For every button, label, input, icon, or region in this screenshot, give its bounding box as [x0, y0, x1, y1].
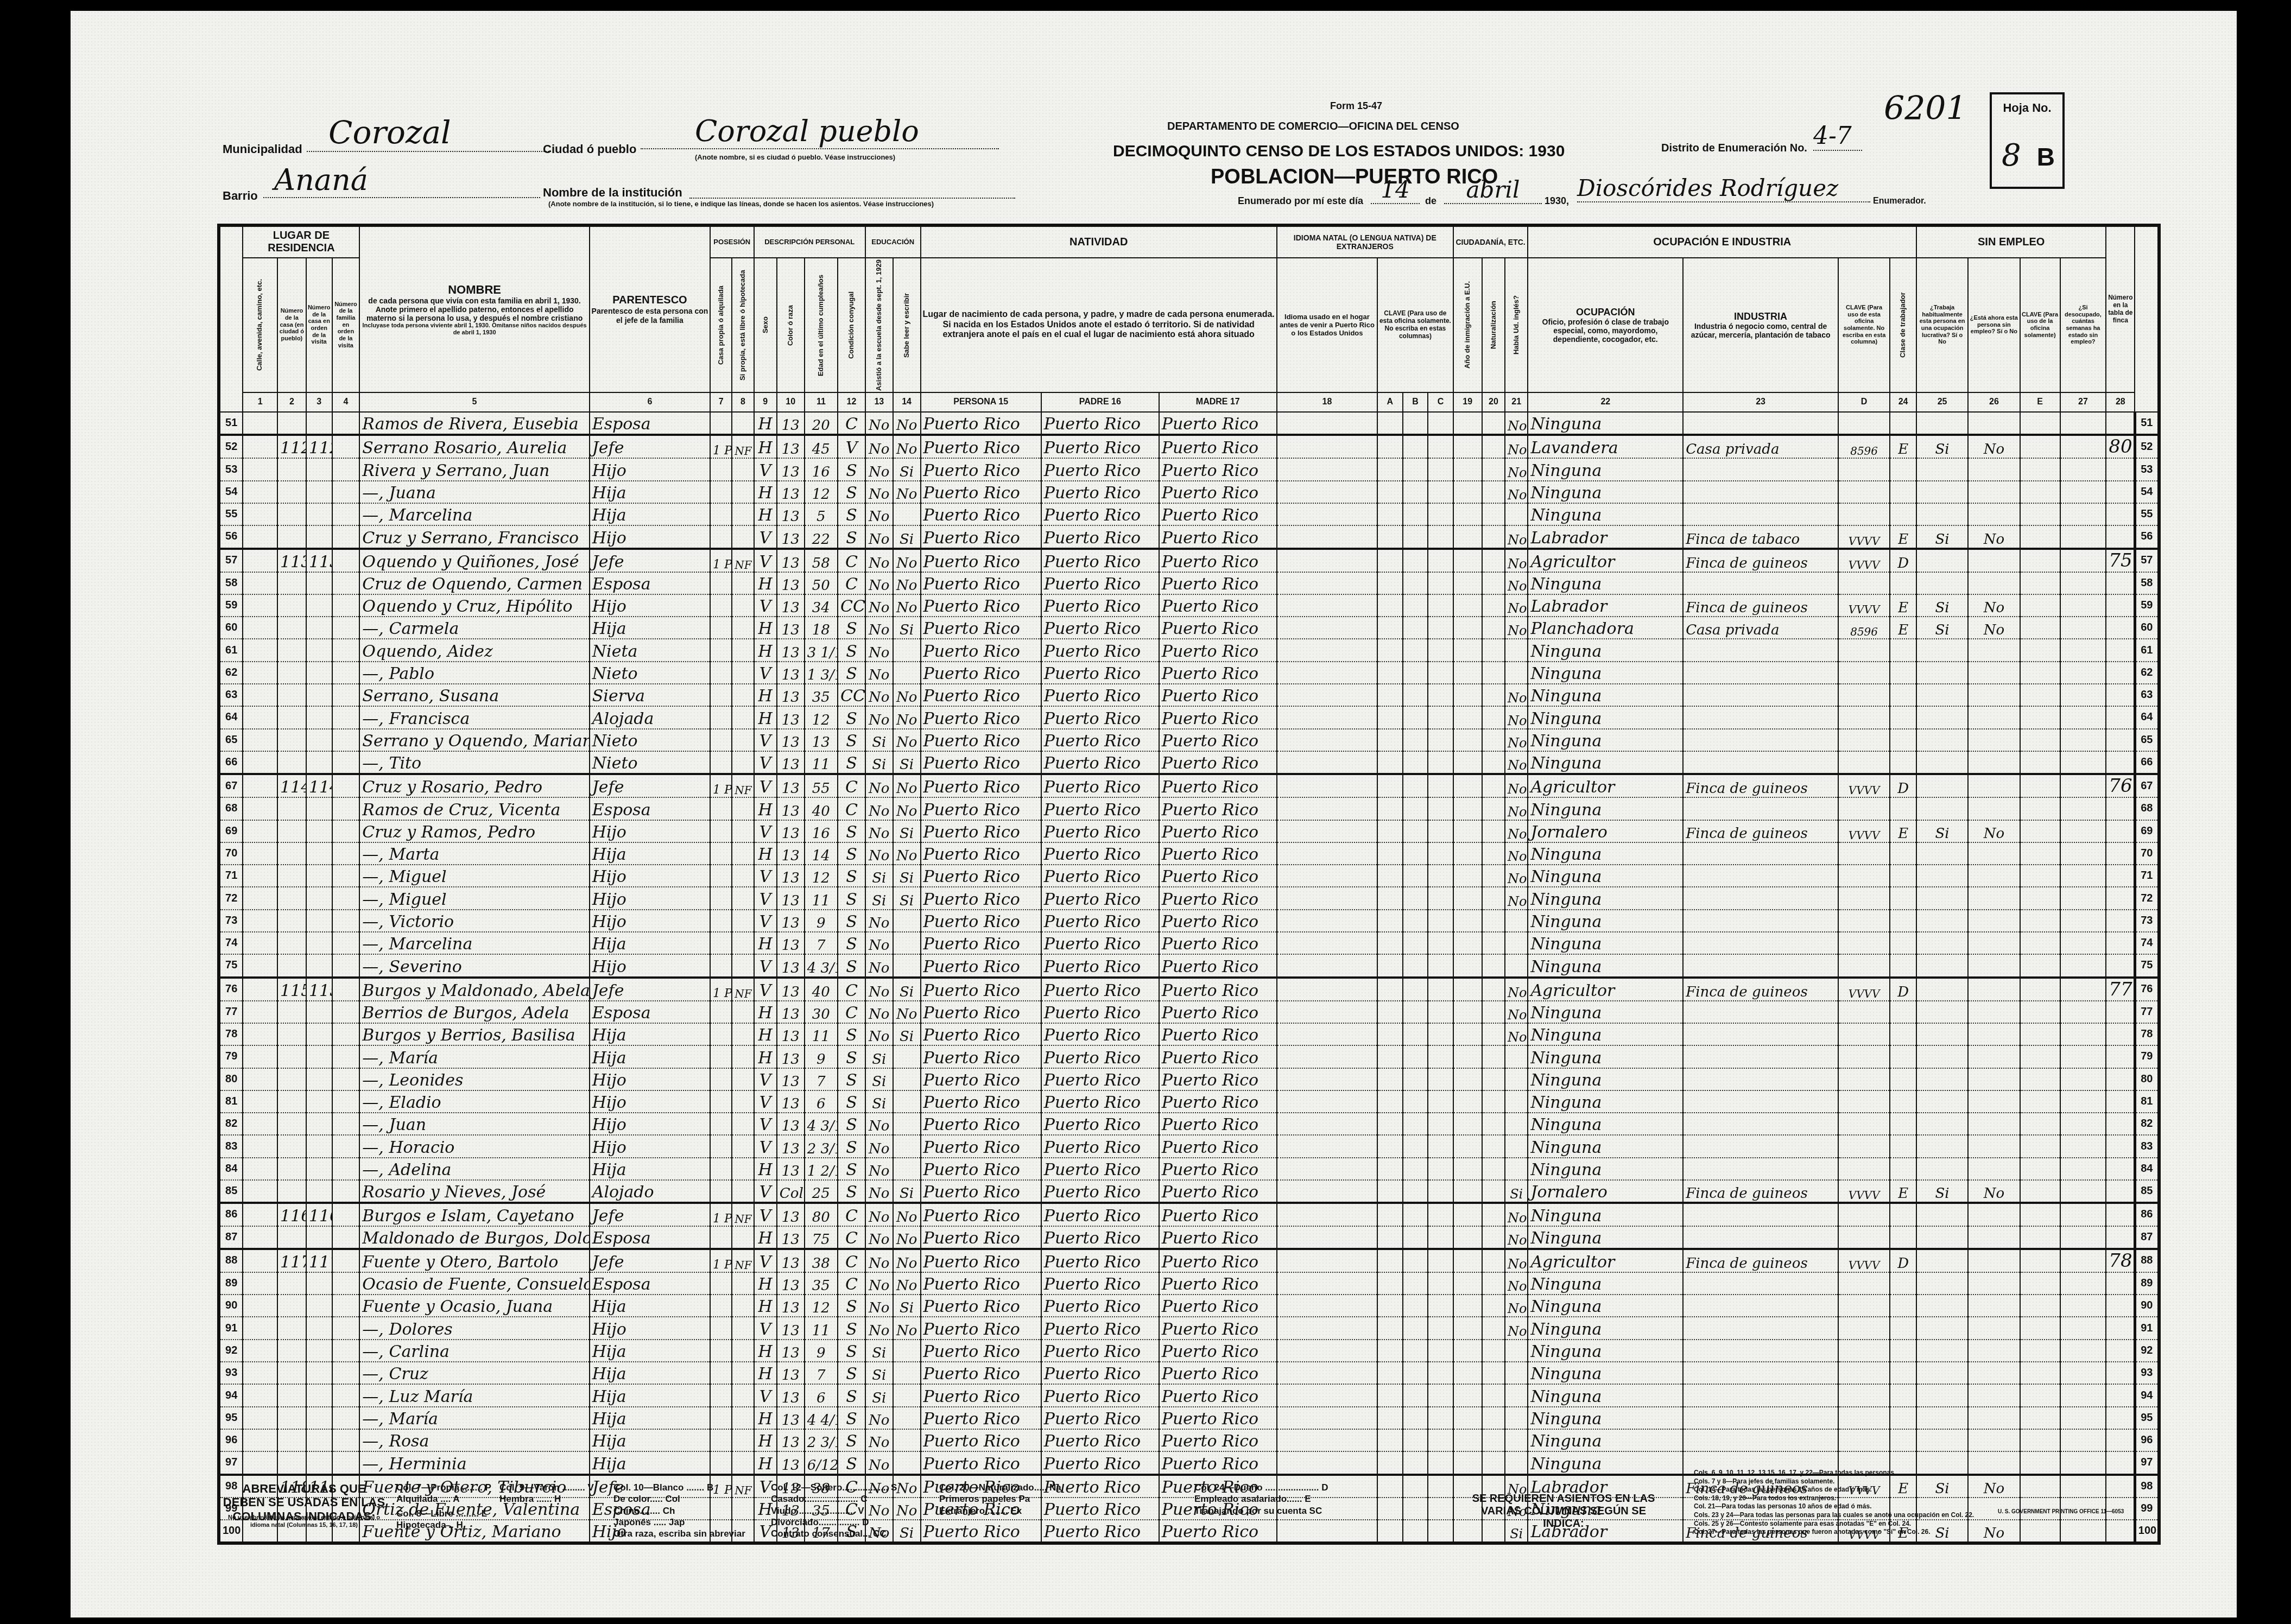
- name-cell: —, Tito: [359, 751, 589, 774]
- mother-birthplace-cell: Puerto Rico: [1159, 435, 1277, 458]
- casa-num-cell: [332, 1090, 360, 1113]
- race-cell: 13: [777, 954, 805, 977]
- mother-birthplace-cell: Puerto Rico: [1159, 481, 1277, 503]
- unemployed-cell: No: [1968, 1520, 2020, 1543]
- father-birthplace-cell: Puerto Rico: [1041, 1001, 1159, 1023]
- occupation-cell: Ninguna: [1528, 503, 1683, 525]
- speaks-english-cell: [1505, 1451, 1528, 1474]
- month-field[interactable]: abril: [1444, 176, 1542, 204]
- clave-a-cell: [1377, 1340, 1403, 1362]
- unemployed-cell: No: [1968, 1475, 2020, 1498]
- family-number-cell: [306, 1384, 332, 1406]
- padre-header: PADRE 16: [1041, 392, 1159, 412]
- mother-birthplace-cell: Puerto Rico: [1159, 1090, 1277, 1113]
- clave-e-cell: [2020, 1068, 2060, 1090]
- unemployed-cell: [1968, 1429, 2020, 1451]
- mother-birthplace-cell: Puerto Rico: [1159, 1023, 1277, 1045]
- industry-cell: Finca de guineos: [1683, 594, 1838, 617]
- sex-cell: H: [754, 1407, 777, 1429]
- naturalizacion-cell: [1482, 1272, 1505, 1295]
- home-owned-cell: [710, 729, 732, 751]
- distrito-field[interactable]: 4-7: [1813, 122, 1862, 151]
- occupation-code-cell: [1838, 1362, 1890, 1384]
- father-birthplace-cell: Puerto Rico: [1041, 1272, 1159, 1295]
- read-write-cell: Si: [893, 978, 921, 1001]
- clave-b-cell: [1403, 910, 1428, 932]
- marital-cell: C: [838, 1203, 865, 1226]
- race-cell: 13: [777, 594, 805, 617]
- employed-cell: Si: [1916, 820, 1968, 842]
- municipalidad-field[interactable]: Corozal: [307, 114, 551, 152]
- birthplace-cell: Puerto Rico: [921, 751, 1041, 774]
- line-number: 76: [219, 978, 243, 1001]
- employed-cell: [1916, 1226, 1968, 1249]
- inmigracion-cell: [1453, 1180, 1482, 1203]
- idioma-cell: [1277, 842, 1377, 865]
- worker-class-cell: [1890, 751, 1916, 774]
- table-row: 95 —, María Hija H 13 4 4/12 S No Puerto…: [219, 1407, 2159, 1429]
- line-number: 70: [219, 842, 243, 865]
- occupation-code-cell: [1838, 412, 1890, 435]
- line-number: 54: [219, 481, 243, 503]
- weeks-unemployed-cell: [2060, 458, 2106, 480]
- home-owned-cell: 1 P: [710, 549, 732, 572]
- industry-cell: [1683, 639, 1838, 661]
- race-cell: 13: [777, 820, 805, 842]
- mother-birthplace-cell: Puerto Rico: [1159, 1295, 1277, 1317]
- age-cell: 9: [805, 1340, 838, 1362]
- industry-cell: [1683, 1407, 1838, 1429]
- table-row: 58 Cruz de Oquendo, Carmen Esposa H 13 5…: [219, 572, 2159, 594]
- race-cell: 13: [777, 910, 805, 932]
- mother-birthplace-cell: Puerto Rico: [1159, 617, 1277, 639]
- table-row: 72 —, Miguel Hijo V 13 11 S Si Si Puerto…: [219, 887, 2159, 909]
- relationship-cell: Jefe: [590, 549, 710, 572]
- family-number-cell: [306, 1295, 332, 1317]
- home-owned-cell: [710, 639, 732, 661]
- marital-cell: S: [838, 1362, 865, 1384]
- weeks-unemployed-cell: [2060, 1203, 2106, 1226]
- idioma-cell: [1277, 1407, 1377, 1429]
- naturalizacion-cell: [1482, 1135, 1505, 1157]
- weeks-unemployed-cell: [2060, 887, 2106, 909]
- relationship-cell: Nieta: [590, 639, 710, 661]
- home-value-cell: [732, 1407, 754, 1429]
- clave-b-cell: [1403, 1475, 1428, 1498]
- read-write-cell: [893, 1384, 921, 1406]
- school-cell: No: [865, 842, 893, 865]
- name-cell: —, Severino: [359, 954, 589, 977]
- name-cell: —, Juana: [359, 481, 589, 503]
- occupation-cell: Ninguna: [1528, 1023, 1683, 1045]
- idioma-cell: [1277, 1113, 1377, 1135]
- farm-schedule-cell: [2106, 639, 2135, 661]
- family-number-cell: [306, 932, 332, 954]
- day-field[interactable]: 14: [1371, 176, 1420, 204]
- birthplace-cell: Puerto Rico: [921, 887, 1041, 909]
- line-number-right: 95: [2135, 1407, 2159, 1429]
- marital-cell: S: [838, 887, 865, 909]
- clave-c-cell: [1428, 639, 1453, 661]
- read-write-cell: Si: [893, 887, 921, 909]
- relationship-cell: Hijo: [590, 954, 710, 977]
- speaks-english-cell: No: [1505, 684, 1528, 706]
- barrio-label: Barrio: [223, 189, 258, 203]
- weeks-unemployed-cell: [2060, 1340, 2106, 1362]
- line-number: 88: [219, 1249, 243, 1272]
- race-cell: 13: [777, 706, 805, 728]
- naturalizacion-cell: [1482, 1295, 1505, 1317]
- naturalizacion-cell: [1482, 412, 1505, 435]
- enumerator-field[interactable]: Dioscórides Rodríguez: [1577, 175, 1870, 202]
- enumerador-label: Enumerador.: [1873, 196, 1926, 206]
- clave-b-cell: [1403, 751, 1428, 774]
- weeks-unemployed-cell: [2060, 706, 2106, 728]
- house-number-cell: [277, 797, 306, 820]
- occupation-code-cell: [1838, 1113, 1890, 1135]
- read-write-cell: Si: [893, 525, 921, 548]
- line-number-right: 83: [2135, 1135, 2159, 1157]
- form-title: DECIMOQUINTO CENSO DE LOS ESTADOS UNIDOS…: [1113, 142, 1565, 161]
- home-value-cell: [732, 1317, 754, 1339]
- weeks-unemployed-cell: [2060, 1384, 2106, 1406]
- father-birthplace-cell: Puerto Rico: [1041, 412, 1159, 435]
- printer-mark: U. S. GOVERNMENT PRINTING OFFICE 11—6053: [1998, 1509, 2124, 1516]
- occupation-cell: Ninguna: [1528, 1362, 1683, 1384]
- school-cell: Si: [865, 1384, 893, 1406]
- unemployed-cell: [1968, 954, 2020, 977]
- occupation-cell: Ninguna: [1528, 1090, 1683, 1113]
- industry-cell: [1683, 1001, 1838, 1023]
- line-number: 53: [219, 458, 243, 480]
- weeks-unemployed-cell: [2060, 1249, 2106, 1272]
- industry-cell: [1683, 503, 1838, 525]
- naturalizacion-cell: [1482, 1113, 1505, 1135]
- occupation-code-cell: [1838, 797, 1890, 820]
- age-cell: 40: [805, 978, 838, 1001]
- clave-a-cell: [1377, 1068, 1403, 1090]
- sex-cell: V: [754, 865, 777, 887]
- census-body: 51 Ramos de Rivera, Eusebia Esposa H 13 …: [219, 412, 2159, 1543]
- lugar-header: LUGAR DE RESIDENCIA: [243, 225, 359, 258]
- naturalizacion-cell: [1482, 1203, 1505, 1226]
- mother-birthplace-cell: Puerto Rico: [1159, 572, 1277, 594]
- occupation-code-cell: [1838, 1340, 1890, 1362]
- calle-cell: [243, 594, 277, 617]
- mother-birthplace-cell: Puerto Rico: [1159, 1407, 1277, 1429]
- clave-c-cell: [1428, 1203, 1453, 1226]
- speaks-english-cell: [1505, 910, 1528, 932]
- family-number-cell: 117: [306, 1249, 332, 1272]
- occupation-code-cell: [1838, 1068, 1890, 1090]
- home-owned-cell: [710, 1045, 732, 1068]
- clave-c-cell: [1428, 1090, 1453, 1113]
- idioma-cell: [1277, 978, 1377, 1001]
- line-number-right: 79: [2135, 1045, 2159, 1068]
- line-number: 87: [219, 1226, 243, 1249]
- line-number-right: 98: [2135, 1475, 2159, 1498]
- naturalizacion-cell: [1482, 1451, 1505, 1474]
- industry-cell: [1683, 954, 1838, 977]
- line-number: 91: [219, 1317, 243, 1339]
- name-cell: Oquendo, Aidez: [359, 639, 589, 661]
- unemployed-cell: [1968, 481, 2020, 503]
- naturalizacion-cell: [1482, 978, 1505, 1001]
- relationship-cell: Sierva: [590, 684, 710, 706]
- father-birthplace-cell: Puerto Rico: [1041, 458, 1159, 480]
- relationship-cell: Jefe: [590, 774, 710, 797]
- institucion-field[interactable]: [689, 190, 1015, 199]
- sex-cell: V: [754, 525, 777, 548]
- casa-num-cell: [332, 1023, 360, 1045]
- school-cell: No: [865, 1023, 893, 1045]
- sex-cell: V: [754, 1203, 777, 1226]
- speaks-english-cell: No: [1505, 1001, 1528, 1023]
- name-cell: Cruz y Ramos, Pedro: [359, 820, 589, 842]
- worker-class-cell: [1890, 481, 1916, 503]
- race-cell: 13: [777, 1451, 805, 1474]
- race-cell: 13: [777, 1429, 805, 1451]
- inmigracion-cell: [1453, 1384, 1482, 1406]
- school-cell: Si: [865, 1068, 893, 1090]
- de-label: de: [1425, 195, 1436, 207]
- school-cell: No: [865, 1113, 893, 1135]
- house-number-cell: [277, 1317, 306, 1339]
- line-col-header-right: [2135, 225, 2159, 412]
- family-number-cell: [306, 639, 332, 661]
- sex-cell: H: [754, 932, 777, 954]
- sex-cell: V: [754, 954, 777, 977]
- occupation-code-cell: [1838, 1384, 1890, 1406]
- worker-class-cell: [1890, 458, 1916, 480]
- clave-a-cell: [1377, 1520, 1403, 1543]
- clave-a-cell: [1377, 1475, 1403, 1498]
- barrio-field[interactable]: Ananá: [263, 163, 540, 198]
- read-write-cell: [893, 1429, 921, 1451]
- table-row: 59 Oquendo y Cruz, Hipólito Hijo V 13 34…: [219, 594, 2159, 617]
- industry-cell: [1683, 1295, 1838, 1317]
- speaks-english-cell: No: [1505, 729, 1528, 751]
- occupation-cell: Ninguna: [1528, 1203, 1683, 1226]
- farm-schedule-cell: [2106, 887, 2135, 909]
- institucion-note: (Anote nombre de la institución, si lo t…: [548, 200, 934, 208]
- line-number: 72: [219, 887, 243, 909]
- ano-inmigracion-header: Año de inmigración a E.U.: [1453, 258, 1482, 392]
- line-number-right: 78: [2135, 1023, 2159, 1045]
- marital-cell: S: [838, 1113, 865, 1135]
- speaks-english-cell: [1505, 1090, 1528, 1113]
- father-birthplace-cell: Puerto Rico: [1041, 1317, 1159, 1339]
- marital-cell: S: [838, 1090, 865, 1113]
- hoja-number: 8: [2002, 138, 2021, 173]
- school-cell: No: [865, 458, 893, 480]
- clave-a-cell: [1377, 1203, 1403, 1226]
- speaks-english-cell: [1505, 932, 1528, 954]
- finca-header: Número en la tabla de finca: [2106, 225, 2135, 392]
- read-write-cell: Si: [893, 751, 921, 774]
- line-number-right: 74: [2135, 932, 2159, 954]
- speaks-english-cell: No: [1505, 706, 1528, 728]
- inmigracion-cell: [1453, 1429, 1482, 1451]
- occupation-code-cell: [1838, 1203, 1890, 1226]
- home-value-cell: [732, 1272, 754, 1295]
- school-cell: No: [865, 1226, 893, 1249]
- speaks-english-cell: No: [1505, 458, 1528, 480]
- farm-schedule-cell: [2106, 458, 2135, 480]
- idioma-cell: [1277, 1295, 1377, 1317]
- birthplace-cell: Puerto Rico: [921, 978, 1041, 1001]
- clave-b-cell: [1403, 1158, 1428, 1180]
- clave-c-cell: [1428, 932, 1453, 954]
- mother-birthplace-cell: Puerto Rico: [1159, 412, 1277, 435]
- naturalizacion-cell: [1482, 662, 1505, 684]
- naturalizacion-cell: [1482, 1340, 1505, 1362]
- occupation-code-cell: VVVV: [1838, 594, 1890, 617]
- school-cell: No: [865, 639, 893, 661]
- father-birthplace-cell: Puerto Rico: [1041, 684, 1159, 706]
- calle-cell: [243, 503, 277, 525]
- family-number-cell: [306, 1113, 332, 1135]
- relationship-cell: Jefe: [590, 978, 710, 1001]
- relationship-cell: Hijo: [590, 1090, 710, 1113]
- clave-b-cell: [1403, 1113, 1428, 1135]
- line-number-right: 77: [2135, 1001, 2159, 1023]
- home-value-cell: [732, 458, 754, 480]
- line-number-right: 75: [2135, 954, 2159, 977]
- weeks-unemployed-cell: [2060, 639, 2106, 661]
- clave-c-cell: [1428, 1340, 1453, 1362]
- worker-class-cell: [1890, 1362, 1916, 1384]
- col-num: 21: [1505, 392, 1528, 412]
- farm-schedule-cell: [2106, 1090, 2135, 1113]
- occupation-cell: Ninguna: [1528, 481, 1683, 503]
- race-cell: 13: [777, 774, 805, 797]
- industry-cell: Casa privada: [1683, 435, 1838, 458]
- employed-cell: [1916, 412, 1968, 435]
- occupation-cell: Ninguna: [1528, 1113, 1683, 1135]
- employed-cell: [1916, 1272, 1968, 1295]
- read-write-cell: No: [893, 797, 921, 820]
- home-value-cell: [732, 910, 754, 932]
- family-number-cell: [306, 1158, 332, 1180]
- inmigracion-cell: [1453, 1226, 1482, 1249]
- farm-schedule-cell: 78: [2106, 1249, 2135, 1272]
- inmigracion-cell: [1453, 594, 1482, 617]
- age-cell: 25: [805, 1180, 838, 1203]
- house-number-cell: [277, 1295, 306, 1317]
- clave-b-cell: [1403, 978, 1428, 1001]
- occupation-code-cell: [1838, 1429, 1890, 1451]
- sabe-leer-header: Sabe leer y escribir: [893, 258, 921, 392]
- occupation-code-cell: VVVV: [1838, 820, 1890, 842]
- worker-class-cell: [1890, 932, 1916, 954]
- birthplace-cell: Puerto Rico: [921, 481, 1041, 503]
- family-number-cell: [306, 1068, 332, 1090]
- inmigracion-cell: [1453, 865, 1482, 887]
- marital-cell: V: [838, 435, 865, 458]
- school-cell: No: [865, 1317, 893, 1339]
- casa-num-cell: [332, 549, 360, 572]
- house-number-cell: [277, 684, 306, 706]
- casa-num-cell: [332, 594, 360, 617]
- name-cell: Rivera y Serrano, Juan: [359, 458, 589, 480]
- clave-c-cell: [1428, 1045, 1453, 1068]
- line-number-right: 70: [2135, 842, 2159, 865]
- table-row: 74 —, Marcelina Hija H 13 7 S No Puerto …: [219, 932, 2159, 954]
- name-cell: Fuente y Ocasio, Juana: [359, 1295, 589, 1317]
- abbrev-col12: Col. 12—Soltero.................. S Casa…: [771, 1482, 897, 1539]
- school-cell: Si: [865, 1362, 893, 1384]
- home-value-cell: [732, 662, 754, 684]
- inmigracion-cell: [1453, 525, 1482, 548]
- worker-class-cell: [1890, 1429, 1916, 1451]
- family-number-cell: [306, 572, 332, 594]
- marital-cell: C: [838, 412, 865, 435]
- clave-c-cell: [1428, 1249, 1453, 1272]
- home-owned-cell: [710, 751, 732, 774]
- stamp-number: 6201: [1884, 90, 1967, 128]
- family-number-cell: [306, 751, 332, 774]
- occupation-cell: Ninguna: [1528, 842, 1683, 865]
- weeks-unemployed-cell: [2060, 865, 2106, 887]
- marital-cell: S: [838, 481, 865, 503]
- clave-e-cell: [2020, 1520, 2060, 1543]
- name-cell: —, Eladio: [359, 1090, 589, 1113]
- farm-schedule-cell: [2106, 662, 2135, 684]
- idioma-cell: [1277, 932, 1377, 954]
- speaks-english-cell: [1505, 1068, 1528, 1090]
- weeks-unemployed-cell: [2060, 1429, 2106, 1451]
- sex-cell: V: [754, 887, 777, 909]
- occupation-cell: Ninguna: [1528, 1045, 1683, 1068]
- name-cell: Oquendo y Quiñones, José: [359, 549, 589, 572]
- clave-e-cell: [2020, 1203, 2060, 1226]
- race-cell: 13: [777, 1113, 805, 1135]
- num-vivienda-header: Número de la casa en orden de la visita: [306, 258, 332, 392]
- clave-e-cell: [2020, 774, 2060, 797]
- school-cell: No: [865, 1158, 893, 1180]
- farm-schedule-cell: 75: [2106, 549, 2135, 572]
- idioma-cell: [1277, 1135, 1377, 1157]
- sex-cell: H: [754, 797, 777, 820]
- age-cell: 7: [805, 1068, 838, 1090]
- clave-e-cell: [2020, 932, 2060, 954]
- sex-cell: V: [754, 1180, 777, 1203]
- marital-cell: S: [838, 639, 865, 661]
- industry-cell: Casa privada: [1683, 617, 1838, 639]
- clave-c-cell: [1428, 617, 1453, 639]
- read-write-cell: [893, 1340, 921, 1362]
- clave-b-cell: [1403, 1317, 1428, 1339]
- home-owned-cell: [710, 572, 732, 594]
- idioma-cell: [1277, 1045, 1377, 1068]
- clave-a-cell: [1377, 481, 1403, 503]
- race-cell: 13: [777, 481, 805, 503]
- house-number-cell: [277, 1340, 306, 1362]
- home-value-cell: [732, 503, 754, 525]
- home-value-cell: NF: [732, 1249, 754, 1272]
- line-number: 55: [219, 503, 243, 525]
- marital-cell: CC: [838, 594, 865, 617]
- parentesco-header: PARENTESCOParentesco de esta persona con…: [590, 225, 710, 392]
- natividad-desc: Lugar de nacimiento de cada persona, y p…: [921, 258, 1277, 392]
- inmigracion-cell: [1453, 572, 1482, 594]
- industry-cell: Finca de guineos: [1683, 1180, 1838, 1203]
- ciudad-field[interactable]: Corozal pueblo: [641, 114, 999, 149]
- age-cell: 75: [805, 1226, 838, 1249]
- race-cell: 13: [777, 639, 805, 661]
- read-write-cell: [893, 1135, 921, 1157]
